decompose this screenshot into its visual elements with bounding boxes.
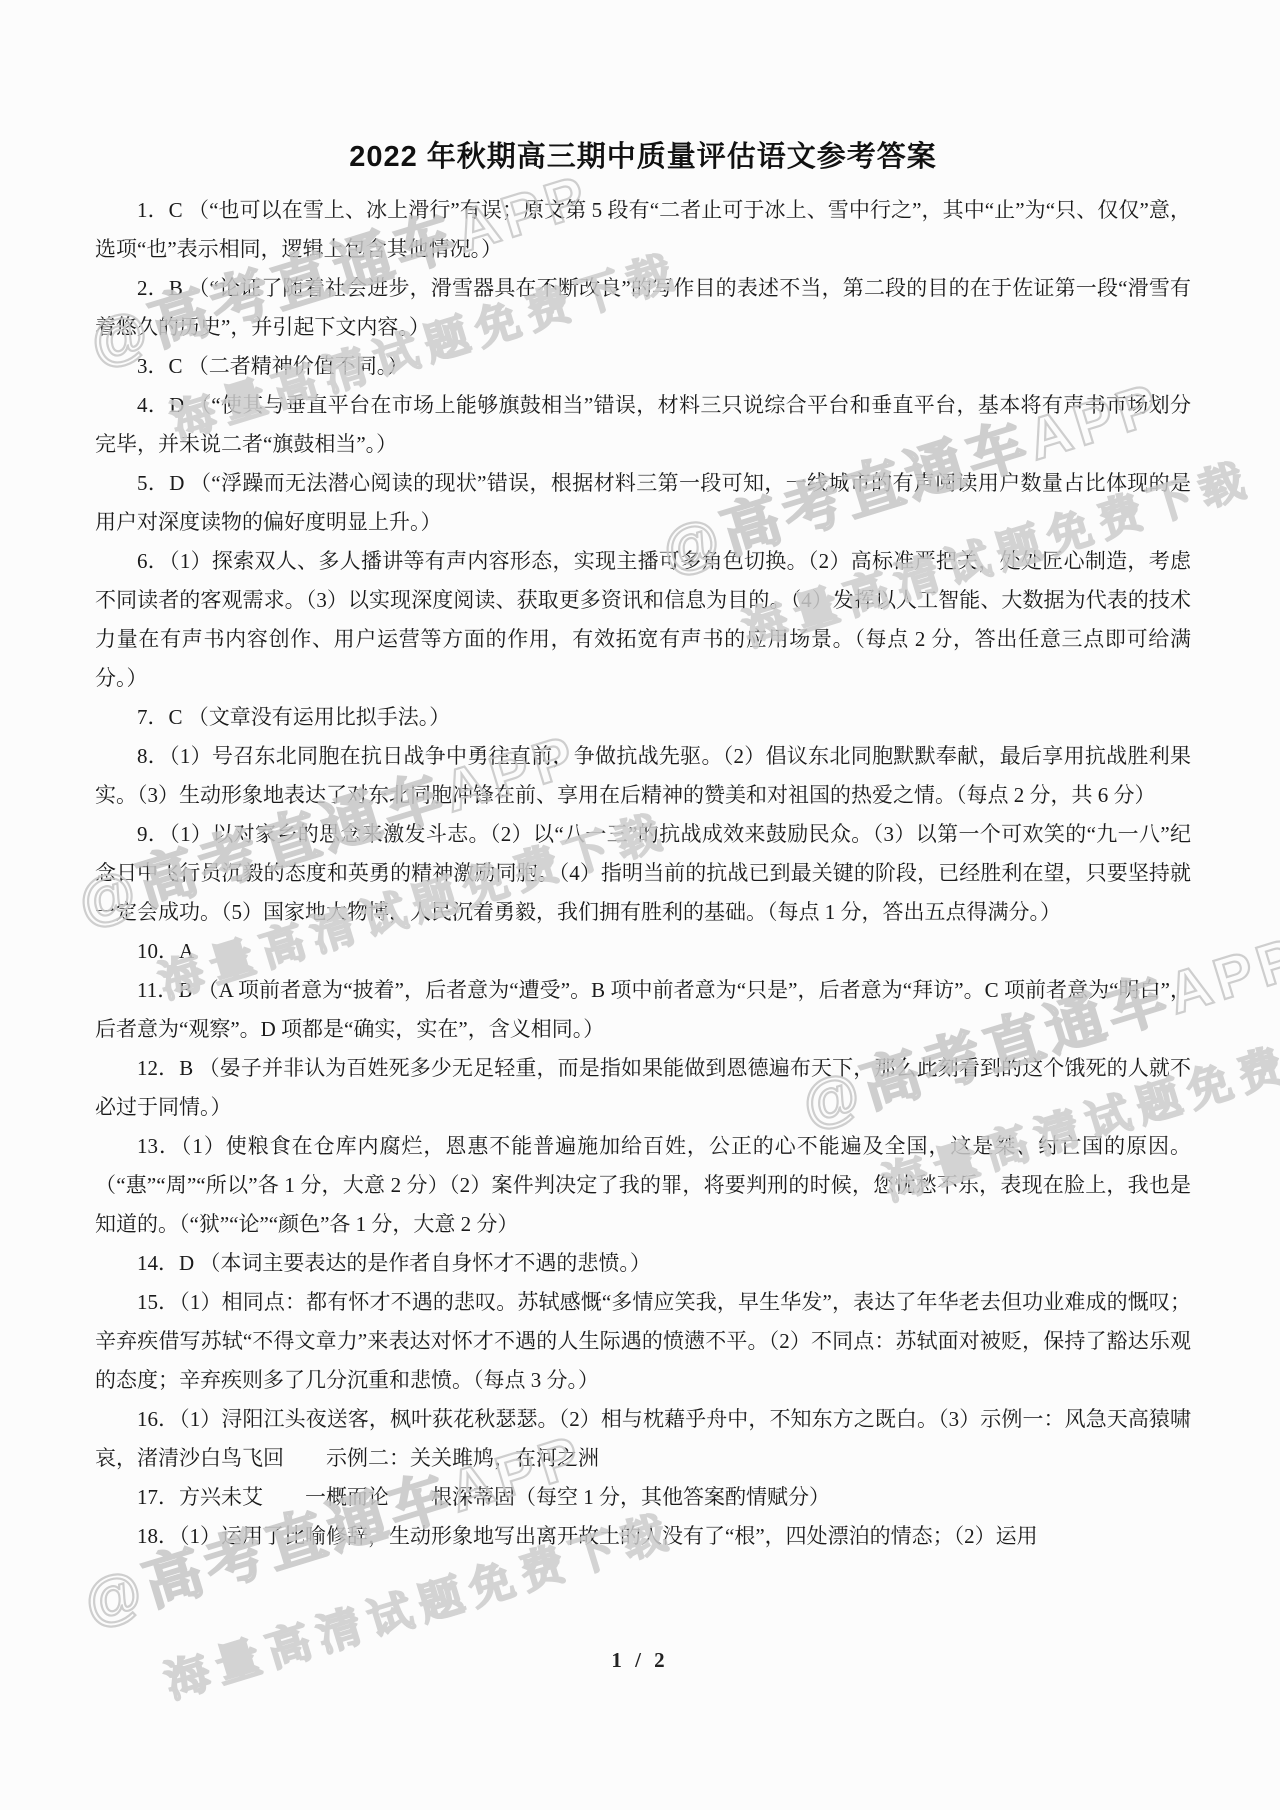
answer-item-15: 15．（1）相同点：都有怀才不遇的悲叹。苏轼感慨“多情应笑我，早生华发”，表达了… [95, 1283, 1191, 1400]
answers-list: 1．C （“也可以在雪上、冰上滑行”有误；原文第 5 段有“二者止可于冰上、雪中… [95, 191, 1191, 1556]
answer-item-18: 18．（1）运用了比喻修辞，生动形象地写出离开故土的人没有了“根”，四处漂泊的情… [95, 1517, 1191, 1556]
answer-item-14: 14．D （本词主要表达的是作者自身怀才不遇的悲愤。） [95, 1244, 1191, 1283]
answer-item-11: 11．B （A 项前者意为“披着”，后者意为“遭受”。B 项中前者意为“只是”，… [95, 971, 1191, 1049]
answer-item-1: 1．C （“也可以在雪上、冰上滑行”有误；原文第 5 段有“二者止可于冰上、雪中… [95, 191, 1191, 269]
answer-item-17: 17．方兴未艾 一概而论 根深蒂固（每空 1 分，其他答案酌情赋分） [95, 1478, 1191, 1517]
answer-item-13: 13．（1）使粮食在仓库内腐烂，恩惠不能普遍施加给百姓，公正的心不能遍及全国，这… [95, 1127, 1191, 1244]
answer-item-12: 12．B （晏子并非认为百姓死多少无足轻重，而是指如果能做到恩德遍布天下，那么此… [95, 1049, 1191, 1127]
answer-item-2: 2．B （“论证了随着社会进步，滑雪器具在不断改良”的写作目的表述不当，第二段的… [95, 269, 1191, 347]
answer-item-10: 10．A [95, 932, 1191, 971]
answer-item-4: 4．D （“使其与垂直平台在市场上能够旗鼓相当”错误，材料三只说综合平台和垂直平… [95, 386, 1191, 464]
page-number: 1 / 2 [0, 1648, 1280, 1673]
answer-item-7: 7．C （文章没有运用比拟手法。） [95, 698, 1191, 737]
answer-item-6: 6．（1）探索双人、多人播讲等有声内容形态，实现主播可多角色切换。（2）高标准严… [95, 542, 1191, 698]
page-title: 2022 年秋期高三期中质量评估语文参考答案 [95, 0, 1191, 175]
answer-item-9: 9．（1）以对家乡的思念来激发斗志。（2）以“八一三”的抗战成效来鼓励民众。（3… [95, 815, 1191, 932]
answer-item-5: 5．D （“浮躁而无法潜心阅读的现状”错误，根据材料三第一段可知，一线城市的有声… [95, 464, 1191, 542]
answer-sheet-page: 2022 年秋期高三期中质量评估语文参考答案 1．C （“也可以在雪上、冰上滑行… [95, 0, 1191, 1556]
answer-item-3: 3．C （二者精神价值不同。） [95, 347, 1191, 386]
answer-item-8: 8．（1）号召东北同胞在抗日战争中勇往直前，争做抗战先驱。（2）倡议东北同胞默默… [95, 737, 1191, 815]
answer-item-16: 16．（1）浔阳江头夜送客，枫叶荻花秋瑟瑟。（2）相与枕藉乎舟中，不知东方之既白… [95, 1400, 1191, 1478]
